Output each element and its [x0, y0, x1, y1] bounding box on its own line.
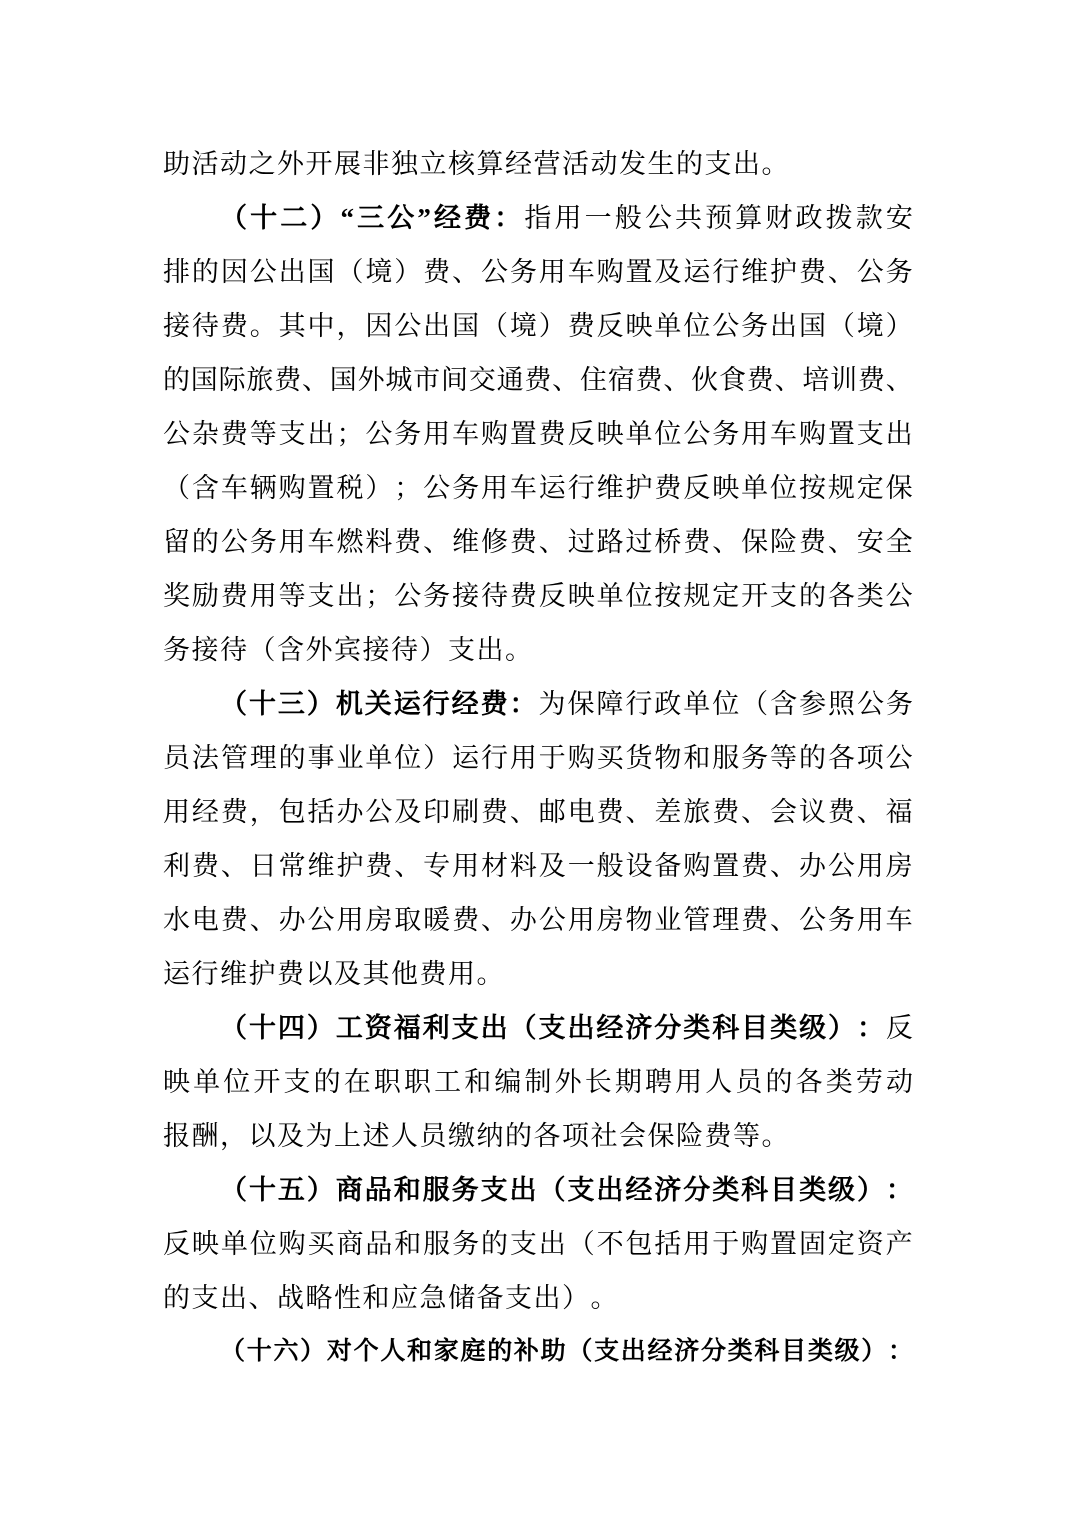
text-line: 报酬，以及为上述人员缴纳的各项社会保险费等。: [163, 1109, 913, 1163]
text-line: 水电费、办公用房取暖费、办公用房物业管理费、公务用车: [163, 893, 913, 947]
text-line: （十五）商品和服务支出（支出经济分类科目类级）：: [163, 1163, 913, 1217]
text-line: 利费、日常维护费、专用材料及一般设备购置费、办公用房: [163, 839, 913, 893]
text-line: 员法管理的事业单位）运行用于购买货物和服务等的各项公: [163, 731, 913, 785]
text-line: 的支出、战略性和应急储备支出）。: [163, 1271, 913, 1325]
text-line: 映单位开支的在职职工和编制外长期聘用人员的各类劳动: [163, 1055, 913, 1109]
text-line: （十三）机关运行经费：为保障行政单位（含参照公务: [163, 677, 913, 731]
text-line: 留的公务用车燃料费、维修费、过路过桥费、保险费、安全: [163, 515, 913, 569]
text-line: 运行维护费以及其他费用。: [163, 947, 913, 1001]
text-line: 接待费。其中，因公出国（境）费反映单位公务出国（境）: [163, 299, 913, 353]
text-line: 公杂费等支出；公务用车购置费反映单位公务用车购置支出: [163, 407, 913, 461]
text-line: 排的因公出国（境）费、公务用车购置及运行维护费、公务: [163, 245, 913, 299]
text-line: 的国际旅费、国外城市间交通费、住宿费、伙食费、培训费、: [163, 353, 913, 407]
text-line: 反映单位购买商品和服务的支出（不包括用于购置固定资产: [163, 1217, 913, 1271]
text-line: （十六）对个人和家庭的补助（支出经济分类科目类级）：: [163, 1325, 913, 1379]
text-line: （十四）工资福利支出（支出经济分类科目类级）：反: [163, 1001, 913, 1055]
text-line: 务接待（含外宾接待）支出。: [163, 623, 913, 677]
text-line: （十二）“三公”经费：指用一般公共预算财政拨款安: [163, 191, 913, 245]
text-line: 助活动之外开展非独立核算经营活动发生的支出。: [163, 137, 913, 191]
document-text: 助活动之外开展非独立核算经营活动发生的支出。（十二）“三公”经费：指用一般公共预…: [163, 137, 913, 1379]
text-line: 奖励费用等支出；公务接待费反映单位按规定开支的各类公: [163, 569, 913, 623]
document-page: 助活动之外开展非独立核算经营活动发生的支出。（十二）“三公”经费：指用一般公共预…: [0, 0, 1074, 1520]
text-line: （含车辆购置税）；公务用车运行维护费反映单位按规定保: [163, 461, 913, 515]
text-line: 用经费，包括办公及印刷费、邮电费、差旅费、会议费、福: [163, 785, 913, 839]
